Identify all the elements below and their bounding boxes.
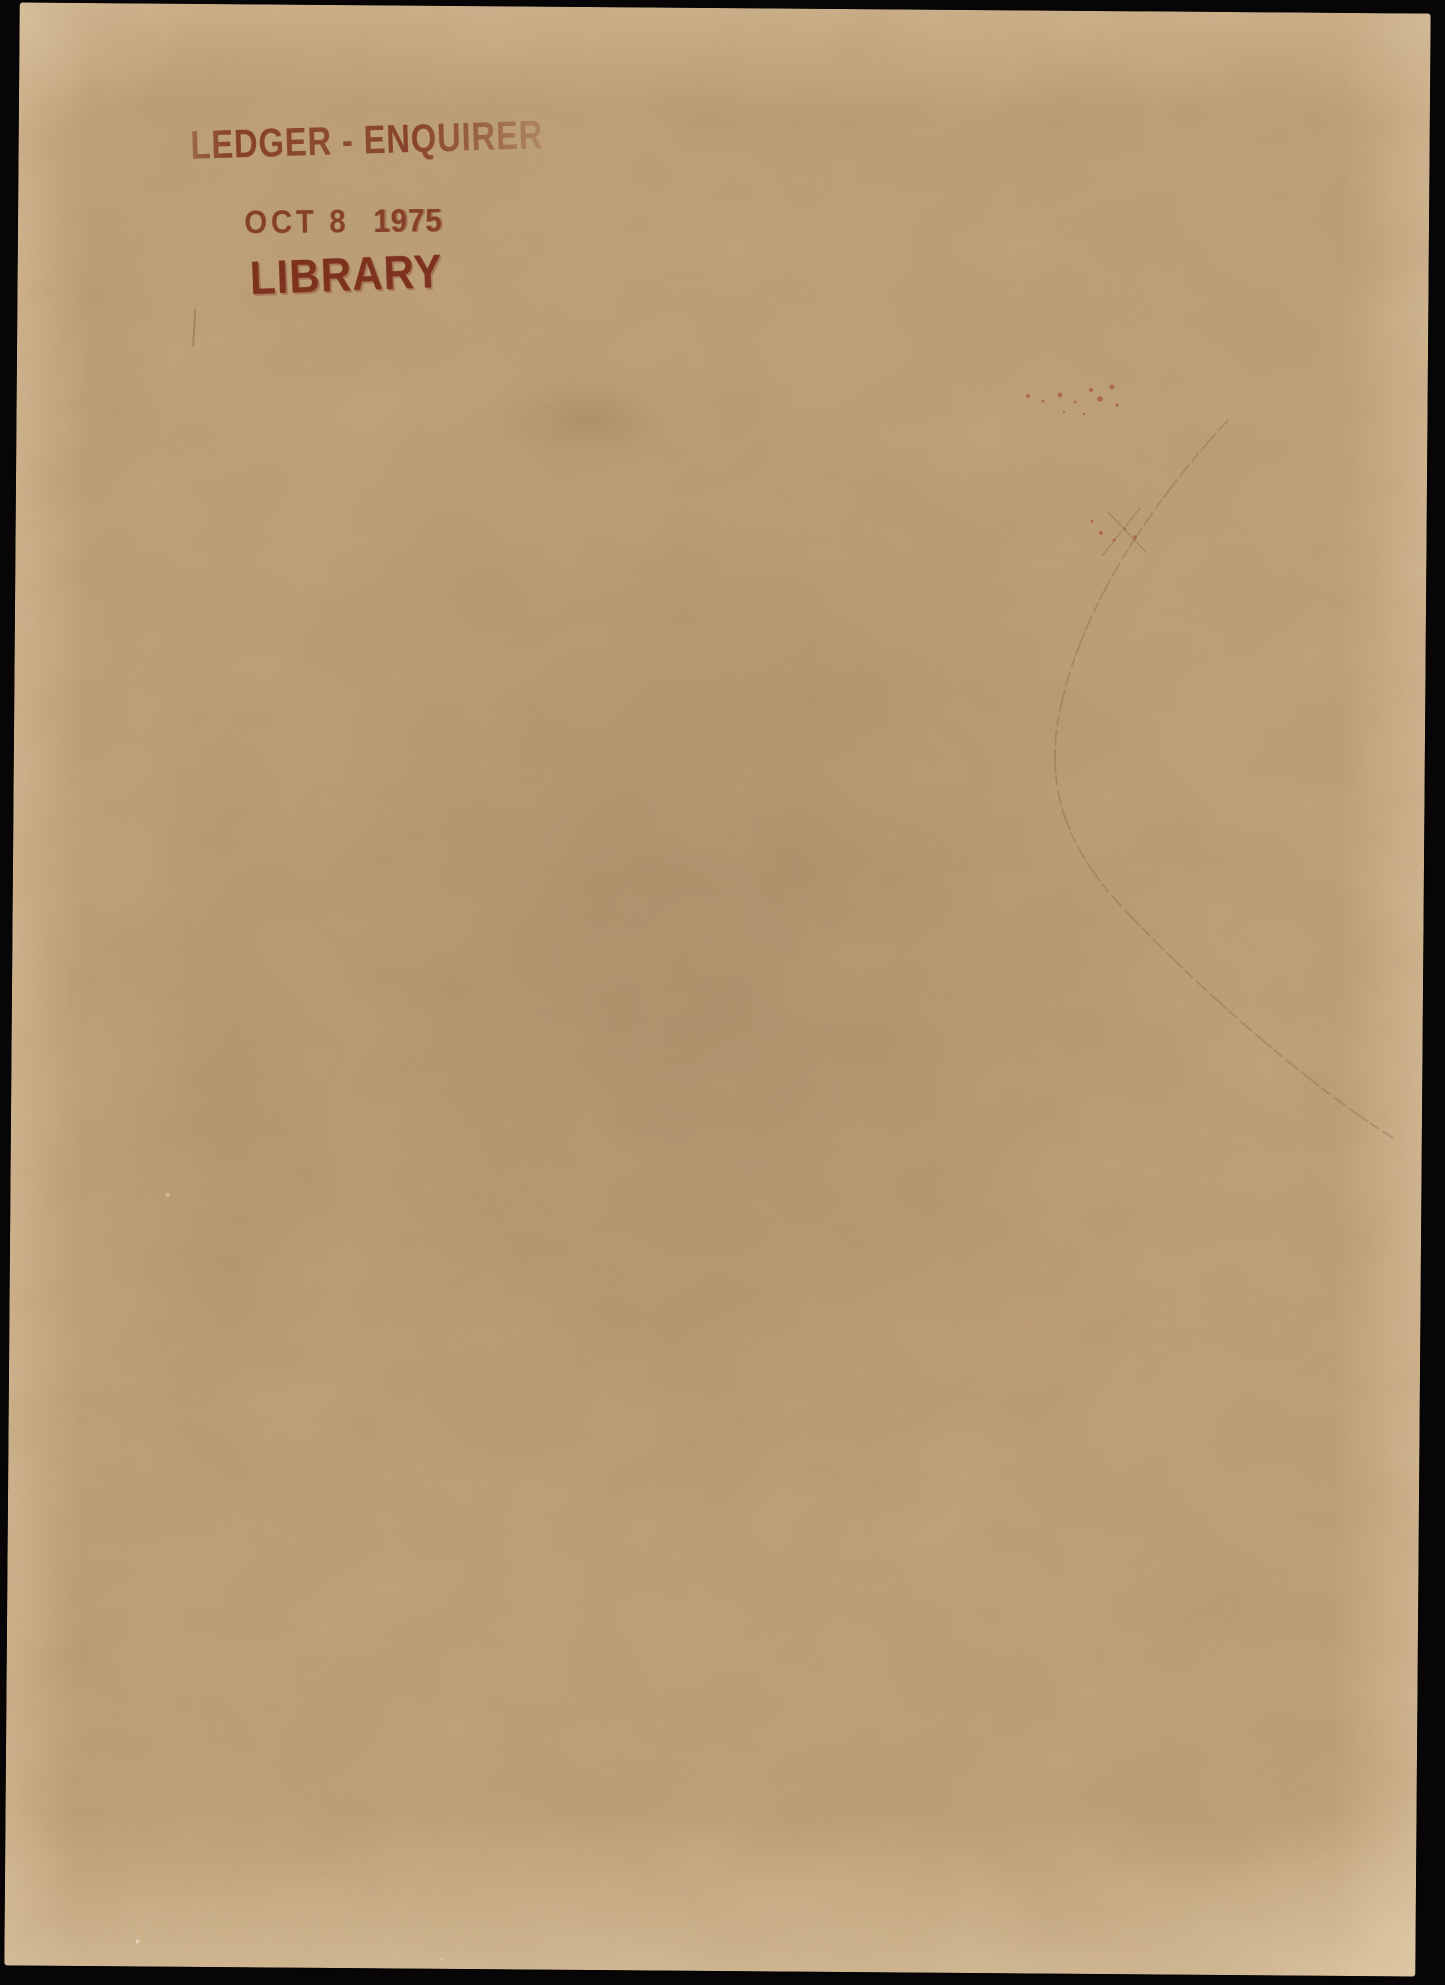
stamp-date-year: 1975 xyxy=(373,202,443,239)
paper-speck xyxy=(440,1958,443,1961)
paper-mottle-rect xyxy=(4,2,1430,1976)
paper-grain-rect xyxy=(4,2,1430,1976)
paper-speck xyxy=(135,1939,139,1943)
stamp-date-month-day: OCT 8 xyxy=(244,203,349,240)
stamp-newspaper-name: LEDGER - ENQUIRER xyxy=(190,113,544,169)
paper-speck xyxy=(165,1193,170,1197)
stamp-date: OCT 81975 xyxy=(244,202,443,241)
paper-grain-texture xyxy=(4,2,1430,1976)
paper-fiber-mark xyxy=(192,309,196,347)
scanner-background: { "stamps": { "newspaper": "LEDGER - ENQ… xyxy=(0,0,1445,1985)
stamp-library: LIBRARY xyxy=(249,243,444,305)
photo-back-paper: LEDGER - ENQUIRER OCT 81975 LIBRARY xyxy=(4,2,1430,1976)
